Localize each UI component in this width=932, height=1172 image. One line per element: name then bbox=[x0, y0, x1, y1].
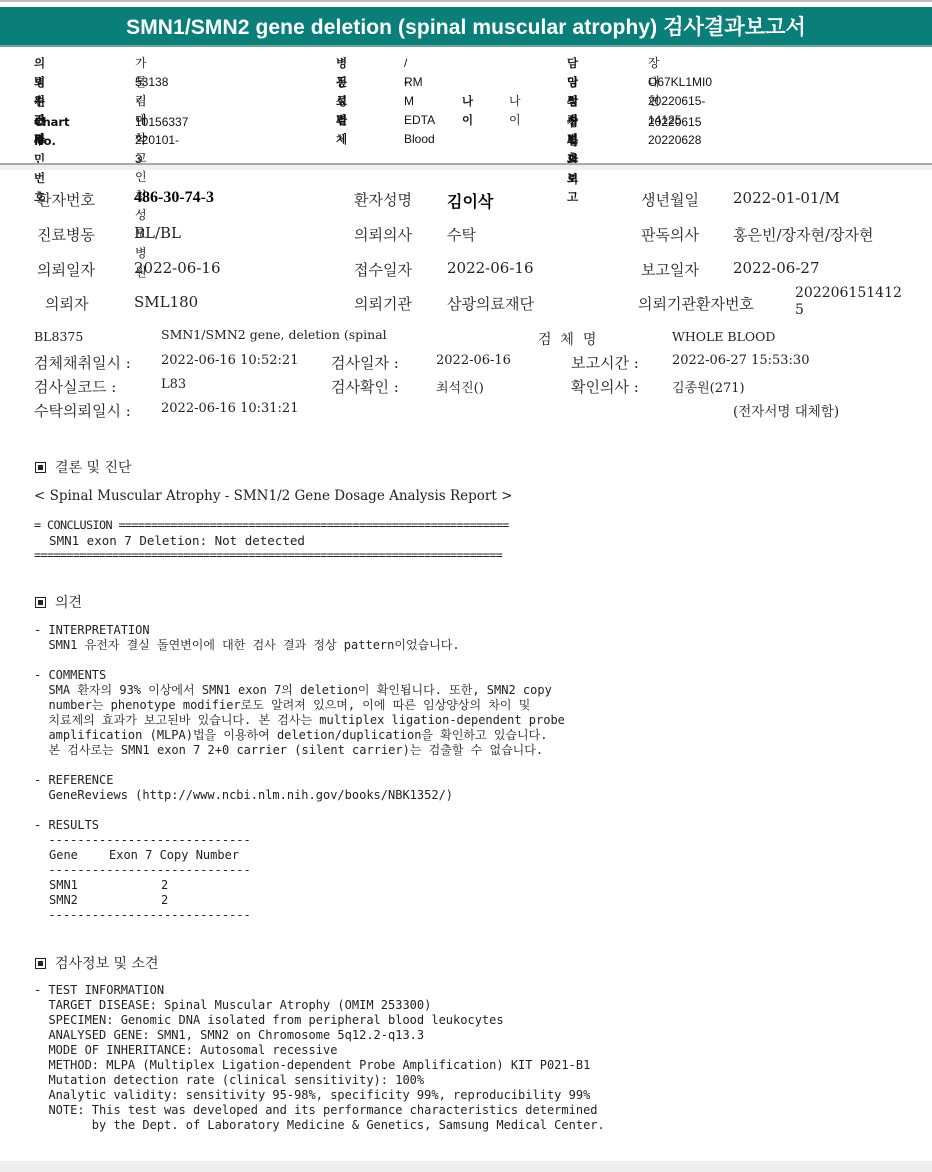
value-receipt-date: 2022-06-16 bbox=[447, 259, 533, 277]
testinfo-line: TARGET DISEASE: Spinal Muscular Atrophy … bbox=[34, 998, 431, 1013]
results-row-copy: 2 bbox=[161, 878, 168, 893]
section-testinfo-heading: 검사정보 및 소견 bbox=[35, 953, 159, 973]
results-row-gene: SMN2 bbox=[49, 893, 78, 908]
report-title: SMN1/SMN2 gene deletion (spinal muscular… bbox=[0, 7, 932, 47]
value-test-request: 20220615 bbox=[648, 113, 701, 132]
label-patient-no: 환자번호 bbox=[37, 189, 95, 210]
label-request-date: 의뢰일자 bbox=[37, 259, 95, 280]
value-confirm-doctor: 김종원(271) bbox=[672, 377, 745, 396]
section-bullet-icon bbox=[35, 462, 46, 473]
value-lab-code: L83 bbox=[161, 377, 186, 392]
conclusion-rule-top: = CONCLUSION ===========================… bbox=[34, 518, 509, 533]
label-test-confirm: 검사확인 : bbox=[331, 376, 399, 397]
value-department: RM bbox=[404, 73, 423, 92]
test-name: SMN1/SMN2 gene, deletion (spinal bbox=[161, 327, 387, 342]
e-signature-note: (전자서명 대체함) bbox=[733, 400, 839, 420]
label-test-date: 검사일자 : bbox=[331, 352, 399, 373]
test-code: BL8375 bbox=[34, 329, 83, 344]
testinfo-line: Analytic validity: sensitivity 95-98%, s… bbox=[34, 1088, 590, 1103]
value-sex: M bbox=[404, 92, 414, 111]
value-read-doctor: 홍은빈/장자현/장자현 bbox=[733, 224, 874, 245]
label-requester: 의뢰자 bbox=[45, 293, 88, 314]
value-test-date: 2022-06-16 bbox=[436, 353, 511, 368]
label-confirm-doctor: 확인의사 : bbox=[571, 376, 639, 397]
label-specimen-name: 검 체 명 bbox=[538, 329, 596, 349]
top-rule bbox=[0, 0, 932, 2]
section-opinion-heading: 의견 bbox=[35, 592, 82, 612]
comments-line: number는 phenotype modifier로도 알려져 있으며, 이에… bbox=[34, 698, 530, 713]
value-collect-time: 2022-06-16 10:52:21 bbox=[161, 353, 298, 368]
value-clinical-info: O67KL1MI0 bbox=[648, 73, 712, 92]
comments-heading: - COMMENTS bbox=[34, 668, 106, 683]
value-request-date: 2022-06-16 bbox=[134, 259, 220, 277]
label-patient-name: 환자성명 bbox=[354, 189, 412, 210]
label-ref-institution: 의뢰기관 bbox=[354, 293, 412, 314]
report-subtitle: < Spinal Muscular Atrophy - SMN1/2 Gene … bbox=[34, 488, 512, 504]
label-inst-patient-no: 의뢰기관환자번호 bbox=[638, 293, 754, 314]
comments-line: SMA 환자의 93% 이상에서 SMN1 exon 7의 deletion이 … bbox=[34, 683, 552, 698]
comments-line: 치료제의 효과가 보고된바 있습니다. 본 검사는 multiplex liga… bbox=[34, 713, 565, 728]
value-ref-institution: 삼광의료재단 bbox=[447, 293, 534, 314]
section-bullet-icon bbox=[35, 597, 46, 608]
results-row-copy: 2 bbox=[161, 893, 168, 908]
header-shade bbox=[0, 165, 932, 170]
value-hospital-code: 53138 bbox=[135, 73, 168, 92]
testinfo-line: METHOD: MLPA (Multiplex Ligation-depende… bbox=[34, 1058, 590, 1073]
value-specimen-name: WHOLE BLOOD bbox=[672, 329, 775, 344]
results-rule: ---------------------------- bbox=[34, 908, 251, 923]
label-report-date: 보고일자 bbox=[641, 259, 699, 280]
testinfo-heading: - TEST INFORMATION bbox=[34, 983, 164, 998]
value-requester: SML180 bbox=[134, 293, 198, 311]
value-outsourced-time: 2022-06-16 10:31:21 bbox=[161, 401, 298, 416]
section-conclusion-title: 결론 및 진단 bbox=[55, 457, 132, 477]
conclusion-rule-bottom: ========================================… bbox=[34, 548, 502, 563]
testinfo-line: by the Dept. of Laboratory Medicine & Ge… bbox=[34, 1118, 605, 1133]
label-collect-time: 검체채취일시 : bbox=[34, 352, 131, 373]
section-testinfo-title: 검사정보 및 소견 bbox=[55, 953, 159, 973]
label-ref-doctor: 의뢰의사 bbox=[354, 224, 412, 245]
results-col-gene: Gene bbox=[49, 848, 78, 863]
interpretation-heading: - INTERPRETATION bbox=[34, 623, 150, 638]
testinfo-line: SPECIMEN: Genomic DNA isolated from peri… bbox=[34, 1013, 504, 1028]
results-rule: ---------------------------- bbox=[34, 833, 251, 848]
results-col-copy-number: Exon 7 Copy Number bbox=[109, 848, 239, 863]
label-lab-code: 검사실코드 : bbox=[34, 376, 116, 397]
reference-heading: - REFERENCE bbox=[34, 773, 113, 788]
value-patient-name: 김이삭 bbox=[447, 189, 493, 212]
label-read-doctor: 판독의사 bbox=[641, 224, 699, 245]
section-opinion-title: 의견 bbox=[55, 592, 82, 612]
testinfo-line: MODE OF INHERITANCE: Autosomal recessive bbox=[34, 1043, 337, 1058]
testinfo-line: NOTE: This test was developed and its pe… bbox=[34, 1103, 598, 1118]
value-ward-care: BL/BL bbox=[134, 224, 181, 242]
label-outsourced-time: 수탁의뢰일시 : bbox=[34, 400, 131, 421]
value-report-time: 2022-06-27 15:53:30 bbox=[672, 353, 809, 368]
value-ref-doctor: 수탁 bbox=[447, 224, 476, 245]
results-rule: ---------------------------- bbox=[34, 863, 251, 878]
comments-line: 본 검사로는 SMN1 exon 7 2+0 carrier (silent c… bbox=[34, 743, 543, 758]
value-inst-patient-no-line1: 202206151412 bbox=[795, 285, 902, 301]
testinfo-line: Mutation detection rate (clinical sensit… bbox=[34, 1073, 424, 1088]
value-inst-patient-no-line2: 5 bbox=[795, 302, 804, 318]
value-result-report: 20220628 bbox=[648, 131, 701, 150]
label-age: 나이 bbox=[462, 92, 473, 130]
page-bottom-shade bbox=[0, 1161, 932, 1172]
label-report-time: 보고시간 : bbox=[571, 352, 639, 373]
reference-link[interactable]: GeneReviews (http://www.ncbi.nlm.nih.gov… bbox=[34, 788, 453, 803]
results-heading: - RESULTS bbox=[34, 818, 99, 833]
label-ward-care: 진료병동 bbox=[37, 224, 95, 245]
section-conclusion-heading: 결론 및 진단 bbox=[35, 457, 132, 477]
value-report-date: 2022-06-27 bbox=[733, 259, 819, 277]
value-chart-no: 10156337 bbox=[135, 113, 188, 132]
value-birth: 2022-01-01/M bbox=[733, 189, 840, 207]
results-row-gene: SMN1 bbox=[49, 878, 78, 893]
label-specimen: 검체 bbox=[336, 111, 347, 149]
interpretation-text: SMN1 유전자 결실 돌연변이에 대한 검사 결과 정상 pattern이었습… bbox=[34, 638, 460, 653]
label-receipt-date: 접수일자 bbox=[354, 259, 412, 280]
testinfo-line: ANALYSED GENE: SMN1, SMN2 on Chromosome … bbox=[34, 1028, 424, 1043]
value-test-confirm: 최석진() bbox=[436, 377, 484, 396]
comments-line: amplification (MLPA)법을 이용하여 deletion/dup… bbox=[34, 728, 547, 743]
value-specimen: EDTA Blood bbox=[404, 111, 435, 149]
value-patient-no: 486-30-74-3 bbox=[134, 189, 214, 207]
value-age: 나이 bbox=[509, 92, 521, 130]
conclusion-result: SMN1 exon 7 Deletion: Not detected bbox=[34, 533, 305, 548]
section-bullet-icon bbox=[35, 958, 46, 969]
label-birth: 생년월일 bbox=[641, 189, 699, 210]
